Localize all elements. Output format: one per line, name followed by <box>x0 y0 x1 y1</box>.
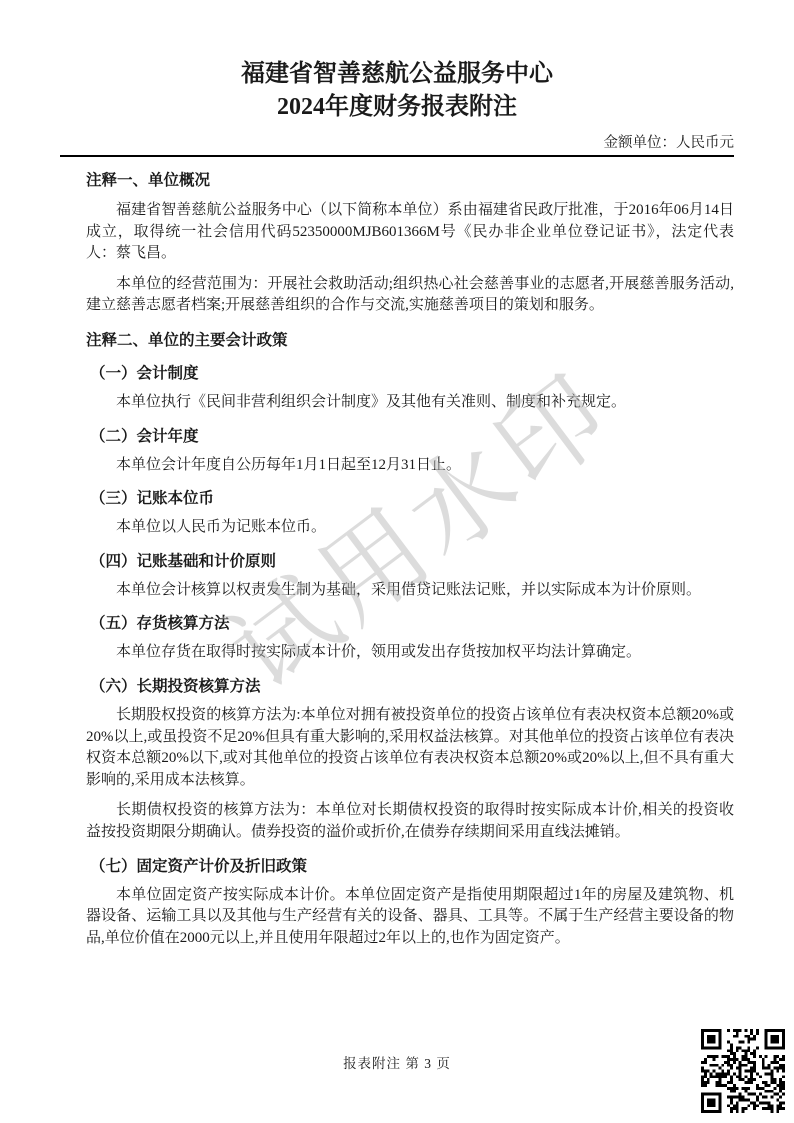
amount-unit-label: 金额单位：人民币元 <box>60 131 734 155</box>
subsection-heading: （三）记账本位币 <box>86 488 734 509</box>
section-heading: 注释二、单位的主要会计政策 <box>86 330 734 351</box>
paragraph: 本单位的经营范围为：开展社会救助活动;组织热心社会慈善事业的志愿者,开展慈善服务… <box>86 274 734 317</box>
page-title-line2: 2024年度财务报表附注 <box>60 91 734 124</box>
paragraph: 本单位存货在取得时按实际成本计价，领用或发出存货按加权平均法计算确定。 <box>86 642 734 664</box>
document-page: 福建省智善慈航公益服务中心 2024年度财务报表附注 金额单位：人民币元 注释一… <box>0 0 794 1123</box>
footer-page-label: 报表附注 第 3 页 <box>0 1052 794 1072</box>
paragraph: 长期债权投资的核算方法为：本单位对长期债权投资的取得时按实际成本计价,相关的投资… <box>86 800 734 843</box>
subsection-heading: （四）记账基础和计价原则 <box>86 551 734 572</box>
subsection-heading: （五）存货核算方法 <box>86 613 734 634</box>
paragraph: 福建省智善慈航公益服务中心（以下简称本单位）系由福建省民政厅批准，于2016年0… <box>86 200 734 265</box>
section-heading: 注释一、单位概况 <box>86 170 734 191</box>
paragraph: 本单位执行《民间非营利组织会计制度》及其他有关准则、制度和补充规定。 <box>86 392 734 414</box>
subsection-heading: （六）长期投资核算方法 <box>86 676 734 697</box>
header-rule <box>60 155 734 157</box>
document-body: 注释一、单位概况 福建省智善慈航公益服务中心（以下简称本单位）系由福建省民政厅批… <box>60 170 734 949</box>
paragraph: 长期股权投资的核算方法为:本单位对拥有被投资单位的投资占该单位有表决权资本总额2… <box>86 705 734 791</box>
paragraph: 本单位固定资产按实际成本计价。本单位固定资产是指使用期限超过1年的房屋及建筑物、… <box>86 885 734 950</box>
qr-code <box>701 1029 785 1113</box>
paragraph: 本单位会计核算以权责发生制为基础，采用借贷记账法记账，并以实际成本为计价原则。 <box>86 580 734 602</box>
paragraph: 本单位以人民币为记账本位币。 <box>86 517 734 539</box>
paragraph: 本单位会计年度自公历每年1月1日起至12月31日止。 <box>86 455 734 477</box>
subsection-heading: （二）会计年度 <box>86 426 734 447</box>
subsection-heading: （七）固定资产计价及折旧政策 <box>86 856 734 877</box>
page-title-line1: 福建省智善慈航公益服务中心 <box>60 58 734 91</box>
subsection-heading: （一）会计制度 <box>86 363 734 384</box>
